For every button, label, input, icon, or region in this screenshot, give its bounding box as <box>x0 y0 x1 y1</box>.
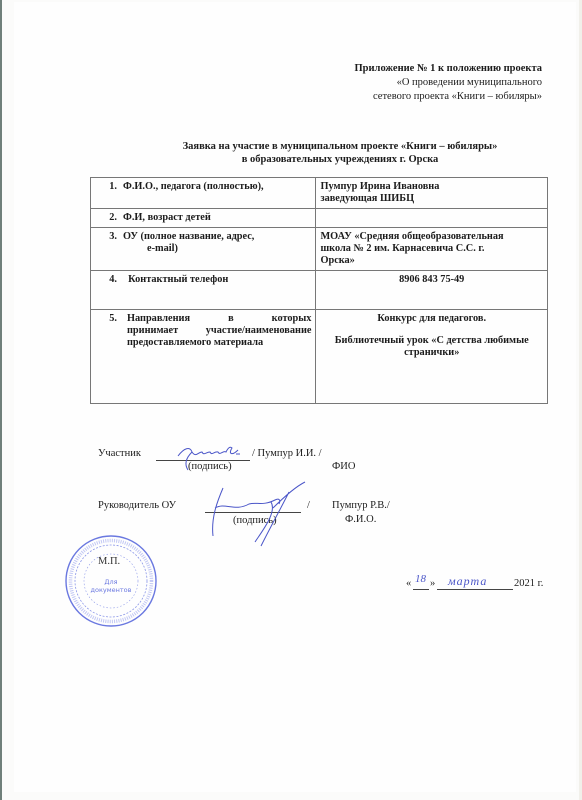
table-row: 2.Ф.И, возраст детей <box>91 209 548 228</box>
title-line-1: Заявка на участие в муниципальном проект… <box>130 140 550 153</box>
row-number: 4. <box>95 274 117 286</box>
date-close-quote: » <box>430 578 435 589</box>
row-label-text-2: принимает участие/наименование <box>95 325 311 337</box>
table-row: 3.ОУ (полное название, адрес, e-mail) МО… <box>91 228 548 271</box>
row-label-text: Контактный телефон <box>128 274 228 285</box>
row-value: МОАУ «Средняя общеобразовательная школа … <box>316 228 548 271</box>
date-month: марта <box>448 574 487 589</box>
participant-label: Участник <box>98 448 141 459</box>
row-number: 1. <box>95 181 117 193</box>
annex-line-2: «О проведении муниципального <box>355 76 543 90</box>
row-number: 2. <box>95 212 117 224</box>
row-value: 8906 843 75-49 <box>316 271 548 310</box>
stamp-place-label: М.П. <box>98 556 120 567</box>
teacher-name: Пумпур Ирина Ивановна <box>320 181 543 193</box>
annex-line-3: сетевого проекта «Книги – юбиляры» <box>355 90 543 104</box>
direction-lesson: Библиотечный урок «С детства любимые <box>320 335 543 347</box>
row-number: 5. <box>95 313 117 325</box>
row-label: 4. Контактный телефон <box>91 271 316 310</box>
school-name-1: МОАУ «Средняя общеобразовательная <box>320 231 543 243</box>
annex-header: Приложение № 1 к положению проекта «О пр… <box>355 62 543 104</box>
title-line-2: в образовательных учреждениях г. Орска <box>130 153 550 166</box>
document-title: Заявка на участие в муниципальном проект… <box>130 140 550 166</box>
table-row: 4. Контактный телефон 8906 843 75-49 <box>91 271 548 310</box>
row-number: 3. <box>95 231 117 243</box>
row-label-text: ОУ (полное название, адрес, <box>123 231 254 242</box>
date-open-quote: « <box>406 578 411 589</box>
row-label-text: Ф.И.О., педагога (полностью), <box>123 181 264 192</box>
row-label: 5. Направления в которых принимает участ… <box>91 310 316 404</box>
annex-line-1: Приложение № 1 к положению проекта <box>355 62 543 76</box>
scan-edge <box>0 0 2 800</box>
school-name-3: Орска» <box>320 255 543 267</box>
phone-number: 8906 843 75-49 <box>320 274 543 286</box>
row-label-text: Направления в которых <box>95 313 311 325</box>
head-name: Пумпур Р.В./ <box>332 500 390 511</box>
application-table: 1.Ф.И.О., педагога (полностью), Пумпур И… <box>90 177 548 404</box>
participant-name-caption: ФИО <box>332 461 355 472</box>
stamp-icon: Для документов <box>64 534 158 628</box>
table-row: 5. Направления в которых принимает участ… <box>91 310 548 404</box>
participant-signature-icon <box>166 440 256 475</box>
school-name-2: школа № 2 им. Карнасевича С.С. г. <box>320 243 543 255</box>
stamp-text-2: документов <box>91 586 132 594</box>
row-label: 3.ОУ (полное название, адрес, e-mail) <box>91 228 316 271</box>
row-label-text-2: e-mail) <box>95 243 311 255</box>
row-value <box>316 209 548 228</box>
row-value: Конкурс для педагогов. Библиотечный урок… <box>316 310 548 404</box>
head-label: Руководитель ОУ <box>98 500 176 511</box>
teacher-position: заведующая ШИБЦ <box>320 193 543 205</box>
participant-name: / Пумпур И.И. / <box>252 448 322 459</box>
stamp-text-1: Для <box>104 578 117 586</box>
table-row: 1.Ф.И.О., педагога (полностью), Пумпур И… <box>91 178 548 209</box>
row-label: 2.Ф.И, возраст детей <box>91 209 316 228</box>
row-label-text: Ф.И, возраст детей <box>123 212 211 223</box>
row-label: 1.Ф.И.О., педагога (полностью), <box>91 178 316 209</box>
head-signature-icon <box>205 478 315 548</box>
row-value: Пумпур Ирина Ивановна заведующая ШИБЦ <box>316 178 548 209</box>
date-day: 18 <box>415 573 426 585</box>
direction-contest: Конкурс для педагогов. <box>320 313 543 325</box>
date-year: 2021 г. <box>514 578 543 589</box>
row-label-text-3: предоставляемого материала <box>95 337 311 349</box>
head-name-caption: Ф.И.О. <box>345 514 376 525</box>
direction-lesson-2: странички» <box>320 347 543 359</box>
